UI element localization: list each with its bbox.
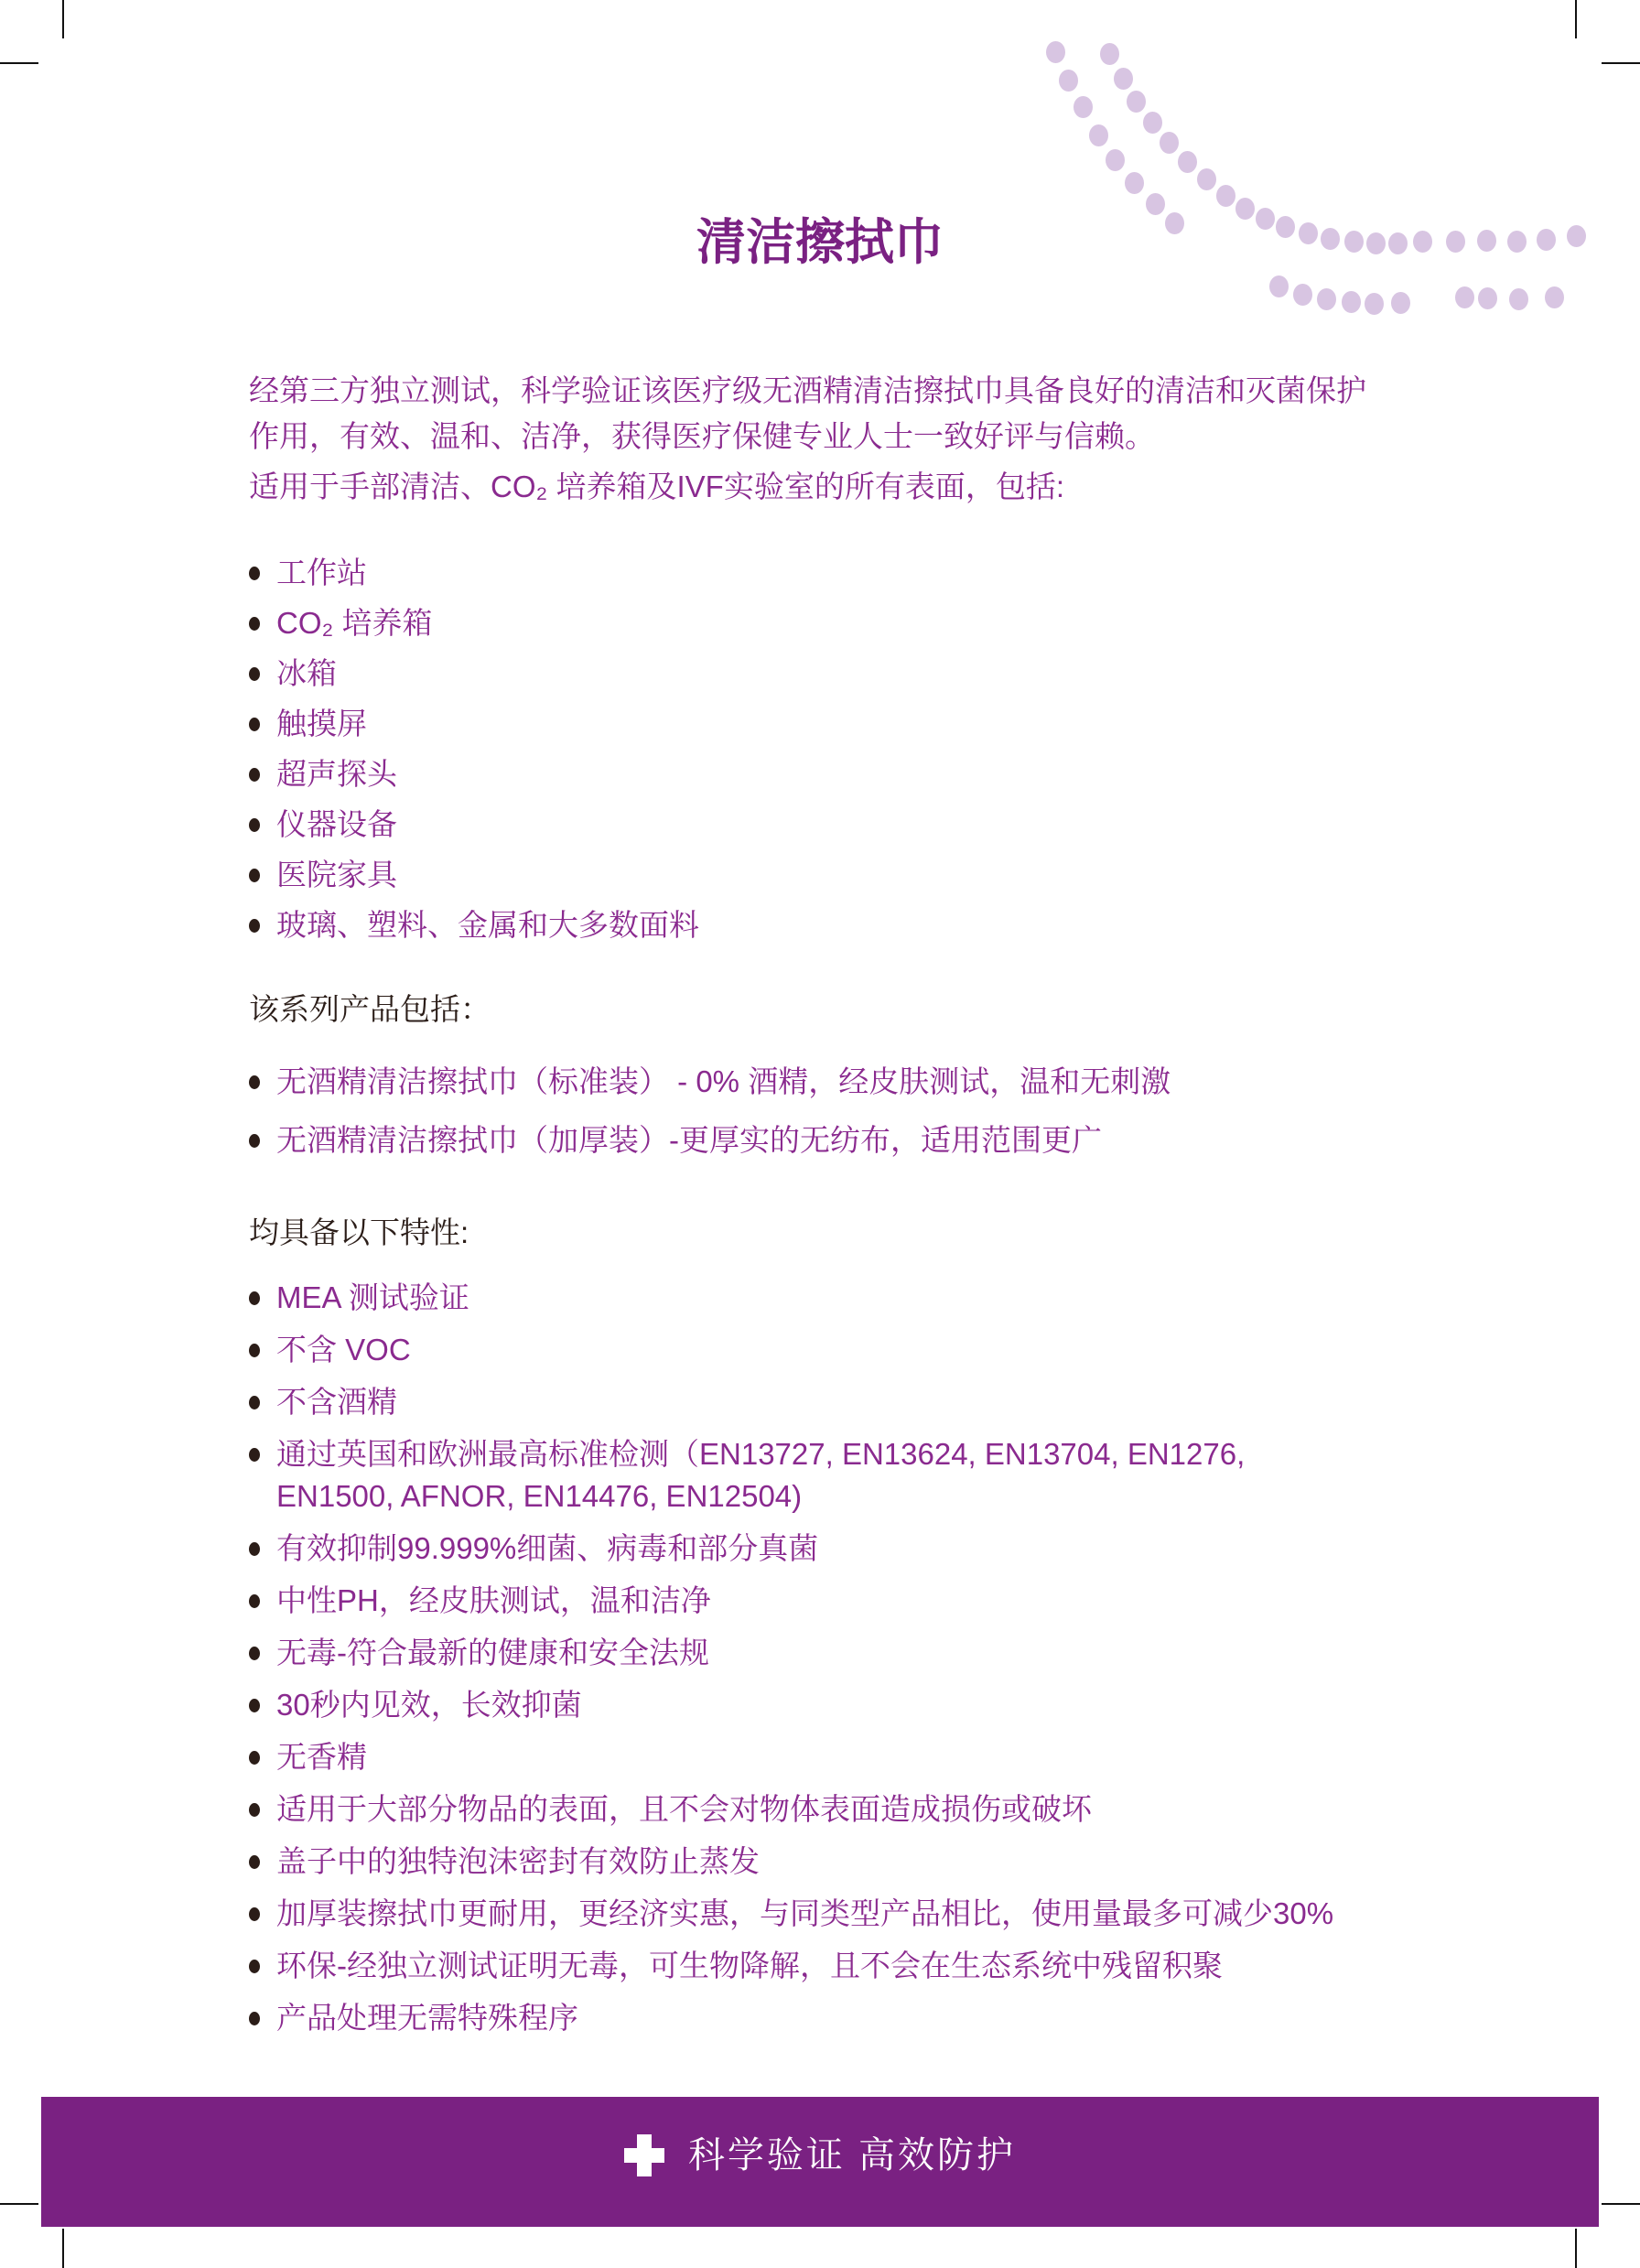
- list-item: 医院家具: [249, 854, 1073, 896]
- list-item: 超声探头: [249, 753, 1073, 795]
- list-item: 适用于大部分物品的表面，且不会对物体表面造成损伤或破坏: [249, 1788, 1347, 1831]
- crop-mark-bottom-right-horizontal: [1602, 2203, 1640, 2205]
- list-item: 无酒精清洁擦拭巾（标准装） - 0% 酒精，经皮肤测试，温和无刺激: [249, 1061, 1548, 1103]
- list-item-text: 工作站: [276, 556, 367, 589]
- list-item: 不含 VOC: [249, 1329, 1347, 1371]
- list-item-text: 有效抑制99.999%细菌、病毒和部分真菌: [276, 1531, 818, 1565]
- series-heading: 该系列产品包括：: [249, 988, 491, 1031]
- decor-dot: [1293, 284, 1312, 306]
- list-item: 无酒精清洁擦拭巾（加厚装）-更厚实的无纺布，适用范围更广: [249, 1119, 1548, 1161]
- list-item-text: 不含酒精: [276, 1385, 397, 1419]
- intro-paragraph-line1: 经第三方独立测试，科学验证该医疗级无酒精清洁擦拭巾具备良好的清洁和灭菌保护: [249, 368, 1457, 414]
- decor-dot: [1478, 287, 1497, 309]
- decor-dot: [1509, 288, 1528, 310]
- list-item: 产品处理无需特殊程序: [249, 1997, 1347, 2039]
- decor-dot: [1365, 293, 1384, 315]
- decor-dot: [1127, 91, 1146, 113]
- list-item-text: 盖子中的独特泡沫密封有效防止蒸发: [276, 1844, 760, 1878]
- decor-dot: [1125, 172, 1144, 194]
- decor-dot: [1114, 68, 1133, 90]
- flyer-page: 清洁擦拭巾 经第三方独立测试，科学验证该医疗级无酒精清洁擦拭巾具备良好的清洁和灭…: [0, 0, 1640, 2268]
- list-item: 环保-经独立测试证明无毒，可生物降解，且不会在生态系统中残留积聚: [249, 1945, 1347, 1987]
- list-item: 冰箱: [249, 653, 1073, 695]
- list-item: 无香精: [249, 1736, 1347, 1778]
- list-item-text: 加厚装擦拭巾更耐用，更经济实惠，与同类型产品相比，使用量最多可减少30%: [276, 1896, 1333, 1930]
- list-item-text: 无酒精清洁擦拭巾（标准装） - 0% 酒精，经皮肤测试，温和无刺激: [276, 1064, 1171, 1098]
- list-item: 玻璃、塑料、金属和大多数面料: [249, 904, 1073, 946]
- list-item-text: 玻璃、塑料、金属和大多数面料: [276, 908, 699, 942]
- decor-dot: [1074, 96, 1093, 118]
- decor-dot: [1146, 193, 1165, 215]
- decor-dot: [1089, 124, 1108, 146]
- crop-mark-bottom-left-horizontal: [0, 2203, 38, 2205]
- features-list: MEA 测试验证不含 VOC不含酒精通过英国和欧洲最高标准检测（EN13727,…: [249, 1277, 1347, 2049]
- decor-dot: [1269, 275, 1289, 297]
- decor-dot: [1545, 286, 1564, 308]
- crop-mark-top-left-vertical: [62, 0, 64, 38]
- decor-dot: [1178, 151, 1197, 173]
- medical-cross-icon: [624, 2134, 664, 2176]
- footer-banner: 科学验证 高效防护: [41, 2097, 1599, 2227]
- decor-dot: [1317, 288, 1336, 310]
- decor-dot: [1216, 185, 1235, 207]
- list-item-text: 不含 VOC: [276, 1333, 411, 1366]
- decor-dot: [1106, 149, 1125, 171]
- list-item: 无毒-符合最新的健康和安全法规: [249, 1632, 1347, 1674]
- crop-mark-bottom-right-vertical: [1575, 2229, 1577, 2268]
- list-item-text: 无毒-符合最新的健康和安全法规: [276, 1636, 709, 1669]
- list-item-text: 环保-经独立测试证明无毒，可生物降解，且不会在生态系统中残留积聚: [276, 1949, 1223, 1982]
- decor-dot: [1455, 286, 1474, 308]
- decor-dot: [1391, 292, 1410, 314]
- list-item: 盖子中的独特泡沫密封有效防止蒸发: [249, 1841, 1347, 1883]
- list-item-text: 30秒内见效，长效抑菌: [276, 1688, 582, 1722]
- list-item-text: CO₂ 培养箱: [276, 606, 432, 640]
- list-item-text: 触摸屏: [276, 707, 367, 740]
- decor-dot: [1046, 41, 1065, 63]
- features-heading: 均具备以下特性:: [249, 1212, 469, 1254]
- crop-mark-top-right-vertical: [1575, 0, 1577, 38]
- list-item: 有效抑制99.999%细菌、病毒和部分真菌: [249, 1528, 1347, 1570]
- list-item-text: 产品处理无需特殊程序: [276, 2001, 578, 2035]
- footer-slogan: 科学验证 高效防护: [688, 2134, 1016, 2176]
- list-item: 30秒内见效，长效抑菌: [249, 1684, 1347, 1726]
- list-item-text: 超声探头: [276, 757, 397, 791]
- list-item: 不含酒精: [249, 1381, 1347, 1423]
- decor-dot: [1100, 43, 1119, 65]
- list-item-text: 医院家具: [276, 858, 397, 891]
- decor-dot: [1059, 70, 1078, 92]
- list-item-text: 仪器设备: [276, 807, 397, 841]
- list-item-text: 通过英国和欧洲最高标准检测（EN13727, EN13624, EN13704,…: [276, 1437, 1245, 1513]
- surfaces-list: 工作站CO₂ 培养箱冰箱触摸屏超声探头仪器设备医院家具玻璃、塑料、金属和大多数面…: [249, 552, 1073, 955]
- crop-mark-top-left-horizontal: [0, 62, 38, 64]
- decor-dot: [1342, 291, 1361, 313]
- list-item-text: 适用于大部分物品的表面，且不会对物体表面造成损伤或破坏: [276, 1792, 1092, 1826]
- intro-applications-line: 适用于手部清洁、CO₂ 培养箱及IVF实验室的所有表面，包括:: [249, 464, 1457, 510]
- list-item: 仪器设备: [249, 804, 1073, 846]
- list-item-text: MEA 测试验证: [276, 1280, 469, 1314]
- list-item: 工作站: [249, 552, 1073, 594]
- decor-dot: [1197, 168, 1216, 190]
- intro-paragraph-line2: 作用，有效、温和、洁净，获得医疗保健专业人士一致好评与信赖。: [249, 414, 1457, 459]
- list-item: 加厚装擦拭巾更耐用，更经济实惠，与同类型产品相比，使用量最多可减少30%: [249, 1893, 1347, 1935]
- products-list: 无酒精清洁擦拭巾（标准装） - 0% 酒精，经皮肤测试，温和无刺激无酒精清洁擦拭…: [249, 1061, 1548, 1178]
- list-item: MEA 测试验证: [249, 1277, 1347, 1319]
- list-item-text: 无香精: [276, 1740, 367, 1774]
- list-item-text: 冰箱: [276, 656, 337, 690]
- list-item-text: 无酒精清洁擦拭巾（加厚装）-更厚实的无纺布，适用范围更广: [276, 1123, 1102, 1157]
- crop-mark-bottom-left-vertical: [62, 2229, 64, 2268]
- list-item: 中性PH，经皮肤测试，温和洁净: [249, 1580, 1347, 1622]
- crop-mark-top-right-horizontal: [1602, 62, 1640, 64]
- decor-dot: [1143, 112, 1162, 134]
- decor-dot: [1160, 132, 1179, 154]
- list-item: CO₂ 培养箱: [249, 602, 1073, 644]
- page-title: 清洁擦拭巾: [0, 214, 1640, 271]
- list-item: 触摸屏: [249, 703, 1073, 745]
- list-item-text: 中性PH，经皮肤测试，温和洁净: [276, 1583, 711, 1617]
- list-item: 通过英国和欧洲最高标准检测（EN13727, EN13624, EN13704,…: [249, 1433, 1347, 1517]
